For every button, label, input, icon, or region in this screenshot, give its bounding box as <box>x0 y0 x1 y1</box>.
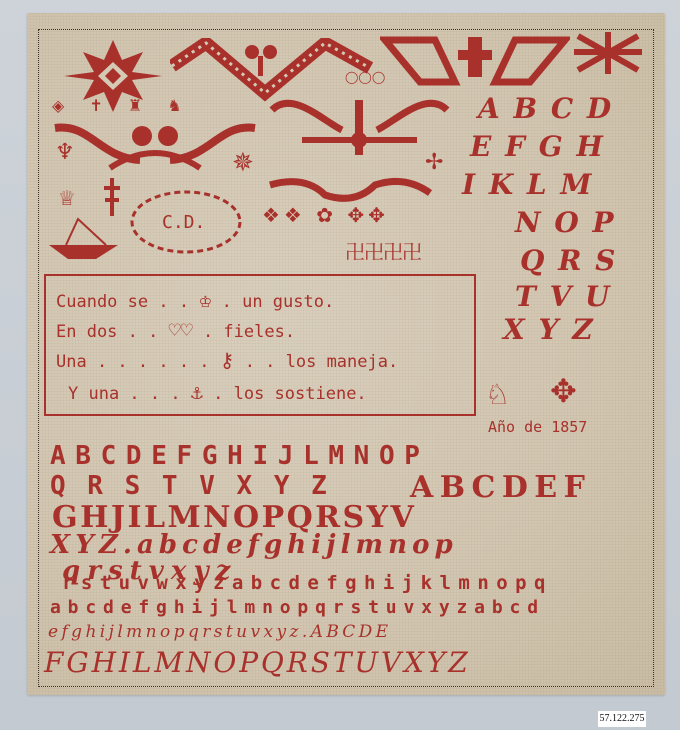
gothic-alphabet-row-7: X Y Z <box>503 313 595 346</box>
gothic-alphabet-row-5: Q R S <box>520 244 617 277</box>
triangle-bowl-motif <box>46 215 121 260</box>
alphabet-row-9: e f g h i j l m n o p q r s t u v x y z … <box>48 622 387 642</box>
verse-line-2: En dos . . ♡♡ . fieles. <box>56 318 295 342</box>
accession-number-label: 57.122.275 <box>598 711 646 727</box>
flower-tree-motif: ✥ <box>550 372 577 410</box>
alphabet-row-10: F G H I L M N O P Q R S T U V X Y Z <box>44 646 465 679</box>
alphabet-row-2: Q R S T V X Y Z <box>50 471 330 501</box>
checker-flowers-motif: ❖❖ ✿ ✥✥ <box>262 203 389 227</box>
initials: C.D. <box>162 212 205 233</box>
verse-panel: Cuando se . . ♔ . un gusto. En dos . . ♡… <box>44 274 476 416</box>
verse-line-1: Cuando se . . ♔ . un gusto. <box>56 288 334 312</box>
chain-links-motif: ◯◯◯ <box>345 70 385 84</box>
scroll-vine-band-motif <box>50 118 260 173</box>
basket-motif: ♕ <box>58 186 76 210</box>
flower-sprig-motif <box>102 176 122 218</box>
alphabet-row-8: a b c d e f g h i j l m n o p q r s t u … <box>50 597 536 618</box>
gothic-alphabet-row-2: E F G H <box>470 130 605 163</box>
snowflake-motif <box>572 30 644 75</box>
wave-scroll-band-motif <box>265 175 435 205</box>
gothic-alphabet-row-1: A B C D <box>478 92 613 125</box>
date-inscription: Año de 1857 <box>488 418 587 436</box>
anchor-icon: ⚓ <box>191 380 203 404</box>
star-motif: ✵ <box>232 148 254 178</box>
alphabet-row-7: r s t u v w x y z a b c d e f g h i j k … <box>62 572 543 594</box>
verse-line-3: Una . . . . . . ⚷ . . los maneja. <box>56 348 398 372</box>
urn-motif: ♆ <box>55 140 75 165</box>
verse-line-4: Y una . . . ⚓ . los sostiene. <box>68 380 367 404</box>
alphabet-row-3: A B C D E F <box>410 470 583 505</box>
alphabet-row-1: A B C D E F G H I J L M N O P <box>50 441 417 471</box>
gothic-alphabet-row-6: T V U <box>515 280 611 313</box>
crown-icon: ♔ <box>199 288 211 312</box>
two-hearts-icon: ♡♡ <box>169 318 193 342</box>
deer-motif: ♘ <box>485 378 510 411</box>
bird-motif: ✢ <box>425 150 443 175</box>
butterfly-motif <box>380 32 570 94</box>
gothic-alphabet-row-3: I K L M <box>462 168 593 201</box>
key-icon: ⚷ <box>220 348 235 372</box>
greek-key-band-motif: 卍卍卍卍 <box>345 236 421 265</box>
small-figures-row: ◈ ✝ ♜ ♞ <box>52 96 192 115</box>
gothic-alphabet-row-4: N O P <box>515 206 616 239</box>
